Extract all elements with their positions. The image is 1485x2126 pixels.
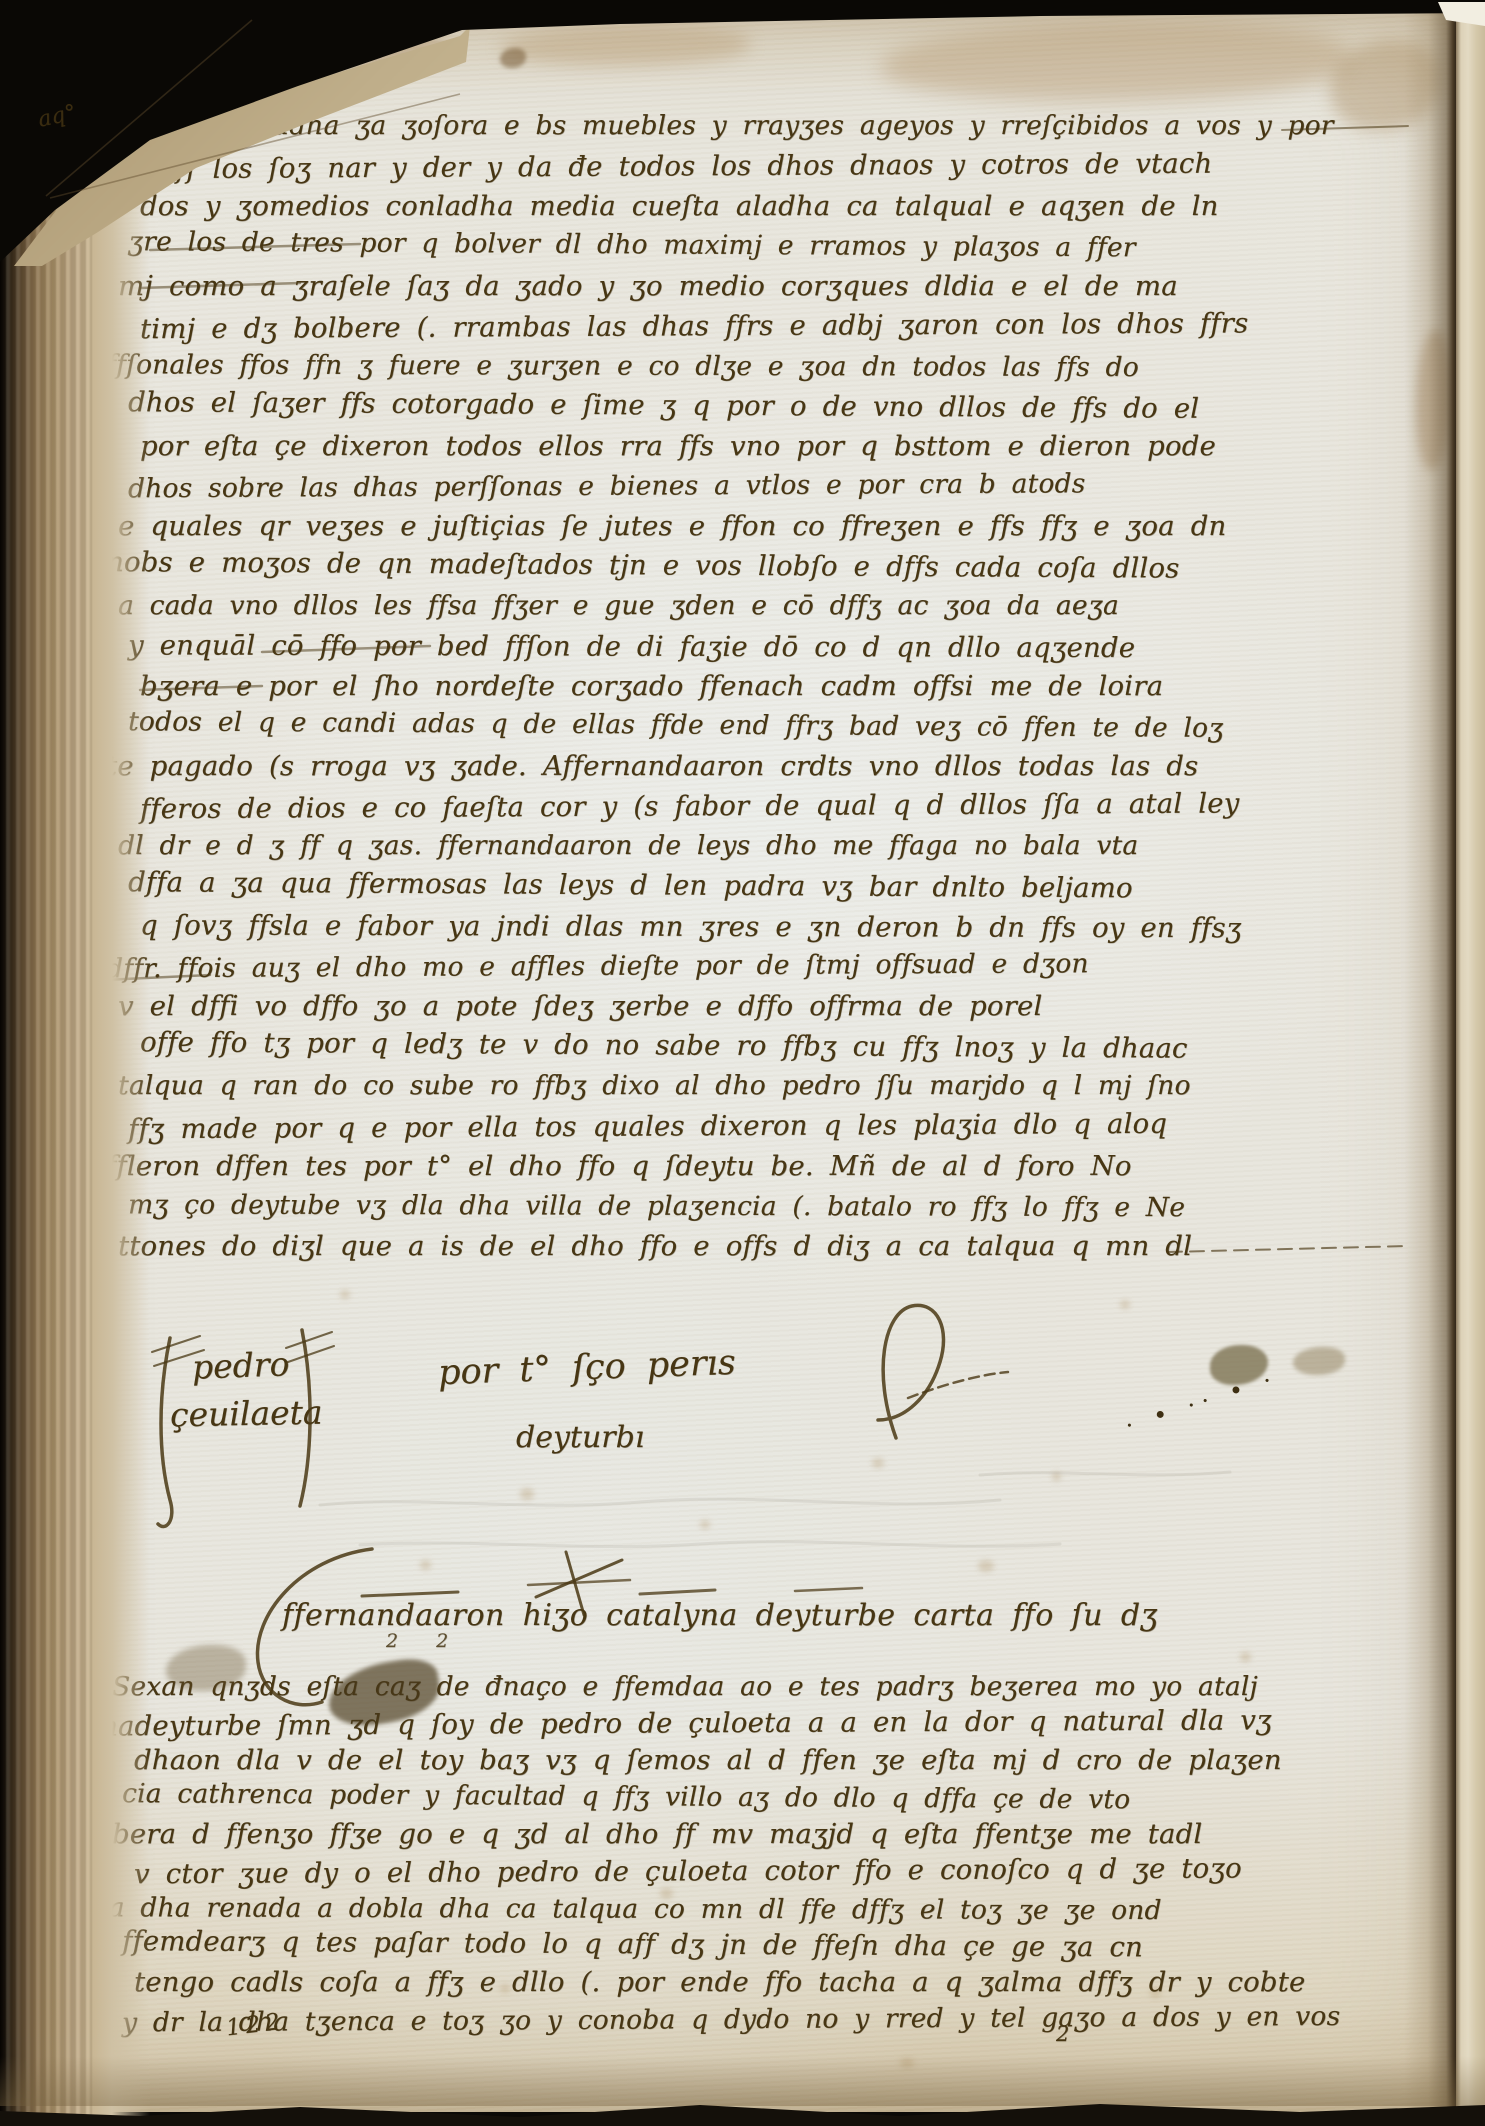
signature-right-surname: deyturbı <box>516 1420 644 1455</box>
manuscript-text-line: bera d ffenʒo ffʒe go e q ʒd al dho ff m… <box>92 1816 1422 1853</box>
manuscript-text-line: ffleron dffen tes por t° el dho ffo q ſd… <box>98 1146 1408 1186</box>
next-page-edge <box>1456 0 1485 2126</box>
manuscript-text-line: aff eff los ſoʒ nar y der y da đe todos … <box>98 143 1408 190</box>
main-text-block: conladha ʒa ʒoſora e bs muebles y rrayʒe… <box>98 106 1408 1266</box>
manuscript-text-line: cia cathrenca poder y facultad q ffʒ vil… <box>92 1775 1422 1820</box>
manuscript-text-line: dhos sobre las dhas perſſonas e bienes a… <box>98 463 1408 510</box>
manuscript-text-line: v ctor ʒue dy o el dho pedro de çuloeta … <box>92 1850 1422 1894</box>
binding-ridges <box>6 0 92 2126</box>
manuscript-text-line: ffʒ made por q e por ella tos quales dix… <box>98 1103 1408 1150</box>
manuscript-text-line: ʒre los de tres por q bolver dl dho maxi… <box>98 222 1408 270</box>
heading-marks: 2 2 <box>386 1630 464 1652</box>
manuscript-text-line: te pagado (s rroga vʒ ʒade. Affernandaar… <box>98 746 1408 786</box>
manuscript-text-line: v el dffi vo dffo ʒo a pote ſdeʒ ʒerbe e… <box>98 986 1408 1026</box>
bottom-grime-band <box>0 2056 1485 2106</box>
manuscript-text-line: dos y ʒomedios conladha media cueſta ala… <box>98 186 1408 226</box>
manuscript-text-line: q ſovʒ ffsla e fabor ya jndi dlas mn ʒre… <box>98 905 1408 948</box>
manuscript-text-line: dl dr e d ʒ ff q ʒas. ffernandaaron de l… <box>98 826 1408 866</box>
manuscript-text-line: dffa a ʒa qua ffermosas las leys d len p… <box>98 862 1408 910</box>
manuscript-text-line: e quales qr veʒes e juſtiçias ſe jutes e… <box>98 506 1408 546</box>
section-heading: ffernandaaron hiʒo catalyna deyturbe car… <box>282 1598 1158 1633</box>
manuscript-text-line: dffr. ffois auʒ el dho mo e affles dieſt… <box>98 943 1408 990</box>
manuscript-text-line: mj como a ʒraſele ſaʒ da ʒado y ʒo medio… <box>98 266 1408 306</box>
manuscript-text-line: a cada vno dllos les ffsa ffʒer e gue ʒd… <box>98 586 1408 626</box>
footer-mark: 2 <box>1056 2022 1069 2046</box>
manuscript-text-line: dhaon dla v de el toy baʒ vʒ q ſemos al … <box>92 1742 1422 1779</box>
manuscript-text-line: dhos el ſaʒer ffs cotorgado e ſime ʒ q p… <box>98 382 1408 430</box>
manuscript-text-line: y dr la dha tʒenca e toʒ ʒo y conoba q d… <box>92 1998 1422 2042</box>
manuscript-text-line: fferos de dios e co faeſta cor y (s fabo… <box>98 783 1408 830</box>
manuscript-text-line: nadeyturbe ſmn ʒd q ſoy de pedro de çulo… <box>92 1702 1422 1746</box>
manuscript-text-line: y enquāl cō ffo por bed ffſon de di faʒi… <box>98 625 1408 668</box>
second-text-block: Sexan qnʒds eſta caʒ de đnaço e ffemdaa … <box>92 1668 1422 2038</box>
manuscript-text-line: talqua q ran do co sube ro ffbʒ dixo al … <box>98 1066 1408 1106</box>
manuscript-text-line: bʒera e por el ſho nordeſte corʒado ffen… <box>98 666 1408 706</box>
manuscript-text-line: todos el q e candi adas q de ellas ffde … <box>98 702 1408 750</box>
manuscript-text-line: mʒ ço deytube vʒ dla dha villa de plaʒen… <box>98 1185 1408 1228</box>
manuscript-text-line: ffſonales ffos ffn ʒ fuere e ʒurʒen e co… <box>98 345 1408 388</box>
fore-edge-shadow <box>1404 0 1464 2126</box>
manuscript-text-line: nobs e moʒos de qn madeſtados tjn e vos … <box>98 542 1408 590</box>
manuscript-text-line: ffemdearʒ q tes paſar todo lo q aff dʒ j… <box>92 1923 1422 1968</box>
manuscript-text-line: ttones do diʒl que a is de el dho ffo e … <box>98 1226 1408 1266</box>
manuscript-photo: aq° conladha ʒa ʒoſora e bs muebles y rr… <box>0 0 1485 2126</box>
manuscript-text-line: tengo cadls coſa a ffʒ e dllo (. por end… <box>92 1964 1422 2001</box>
signature-left-name: pedro <box>191 1344 290 1386</box>
signature-left-surname: çeuilaeta <box>170 1393 323 1435</box>
manuscript-text-line: conladha ʒa ʒoſora e bs muebles y rrayʒe… <box>98 106 1408 146</box>
manuscript-text-line: Sexan qnʒds eſta caʒ de đnaço e ffemdaa … <box>92 1668 1422 1705</box>
manuscript-text-line: por eſta çe dixeron todos ellos rra ffs … <box>98 426 1408 466</box>
manuscript-text-line: offe ffo tʒ por q ledʒ te v do no sabe r… <box>98 1022 1408 1070</box>
manuscript-text-line: timj e dʒ bolbere (. rrambas las dhas ff… <box>98 303 1408 350</box>
